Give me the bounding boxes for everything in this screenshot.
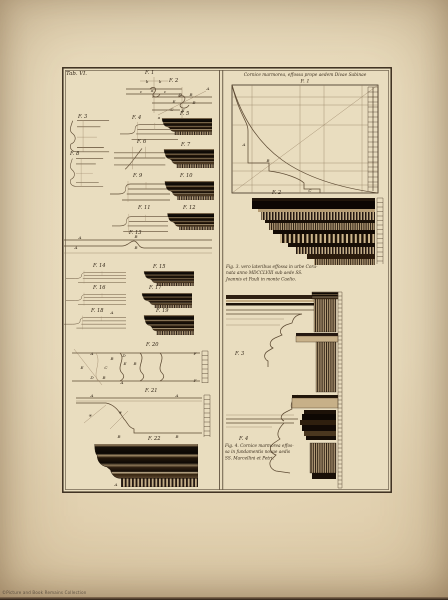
diagram-letter: A: [74, 245, 78, 250]
figure-label: F. 1: [144, 70, 154, 76]
diagram-letter: B: [191, 100, 195, 105]
diagram-letter: B: [265, 158, 269, 163]
fig4-caption-line: SS. Marcellini et Petri.: [225, 456, 274, 461]
figure-label: F. 3: [77, 114, 87, 120]
figure-label: F. 21: [144, 388, 157, 394]
diagram-letter: A: [78, 235, 82, 240]
diagram-letter: B: [133, 245, 137, 250]
diagram-letter: A: [175, 393, 179, 398]
figure-label: F. 4: [131, 115, 141, 121]
collection-watermark: ©Picture and Book Remains Collection: [2, 591, 86, 595]
diagram-letter: E: [123, 361, 127, 366]
figure-label: F. 12: [182, 205, 195, 211]
diagram-letter: F: [193, 378, 197, 383]
figure-label: F. 8: [69, 151, 80, 157]
figure-label: F. 19: [155, 308, 169, 314]
right-column-title: Cornice marmorea, effossa prope aedem Di…: [244, 73, 367, 78]
figure-label: F. 14: [92, 263, 105, 269]
figure-label: F. 20: [145, 342, 159, 348]
diagram-letter: A: [110, 310, 114, 315]
fig3-caption-line: Fig. 3. vero lateribus effossa in urbe C…: [225, 265, 318, 270]
figure-label: F. 2: [271, 190, 281, 196]
diagram-letter: E: [80, 365, 84, 370]
fig4-caption-line: sa in fundamentis novae aedis: [225, 450, 291, 455]
scanned-plate-photo: Tab. VI.F. 1F. 2F. 3F. 4F. 5F. 6F. 7F. 8…: [0, 0, 448, 600]
figure-label: F. 10: [179, 173, 193, 179]
diagram-letter: ✳: [88, 413, 92, 418]
figure-label: F. 17: [148, 285, 162, 291]
diagram-letter: A: [90, 393, 94, 398]
diagram-letter: A: [90, 351, 94, 356]
diagram-letter: B: [109, 356, 113, 361]
figure-label: F. 7: [180, 142, 191, 148]
figure-label: F. 6: [136, 139, 147, 145]
diagram-letter: A: [120, 380, 124, 385]
diagram-letter: b: [146, 79, 149, 84]
diagram-letter: B: [188, 92, 192, 97]
diagram-letter: A: [114, 482, 118, 487]
figure-label: F. 3: [234, 351, 244, 357]
diagram-letter: D: [89, 375, 94, 380]
right-column-title-fig: F. 1: [299, 79, 309, 85]
figure-label: F. 15: [152, 264, 165, 270]
figure-label: F. 16: [92, 285, 106, 291]
figure-label: F. 18: [90, 308, 104, 314]
diagram-letter: E: [172, 99, 176, 104]
diagram-letter: E: [181, 108, 185, 113]
diagram-letter: A: [206, 86, 210, 91]
engraving-plate: Tab. VI.F. 1F. 2F. 3F. 4F. 5F. 6F. 7F. 8…: [62, 67, 392, 493]
diagram-letter: A: [242, 142, 246, 147]
figure-label: F. 9: [132, 173, 143, 179]
figure-label: F. 11: [137, 205, 150, 211]
diagram-letter: D: [177, 92, 182, 97]
figure-label: F. 2: [168, 78, 178, 84]
diagram-letter: B: [116, 434, 120, 439]
diagram-letter: F: [193, 351, 197, 356]
figure-label: Tab. VI.: [66, 71, 87, 77]
diagram-letter: B: [174, 434, 178, 439]
diagram-letter: D: [121, 353, 126, 358]
diagram-letter: ✳: [118, 410, 122, 415]
figure-label: F. 22: [147, 436, 160, 442]
diagram-letter: b: [159, 79, 162, 84]
figure-label: F. 4: [238, 436, 248, 442]
fig4-caption-line: Fig. 4. Cornice marmorea effos-: [224, 444, 294, 449]
diagram-letter: B: [132, 361, 136, 366]
diagram-letter: B: [133, 234, 137, 239]
fig3-caption-line: Joannis et Pauli in monte Caelio.: [225, 277, 296, 282]
diagram-letter: B: [101, 375, 105, 380]
fig3-caption-line: nata anno MDCCLVIII sub aede SS.: [226, 271, 302, 276]
